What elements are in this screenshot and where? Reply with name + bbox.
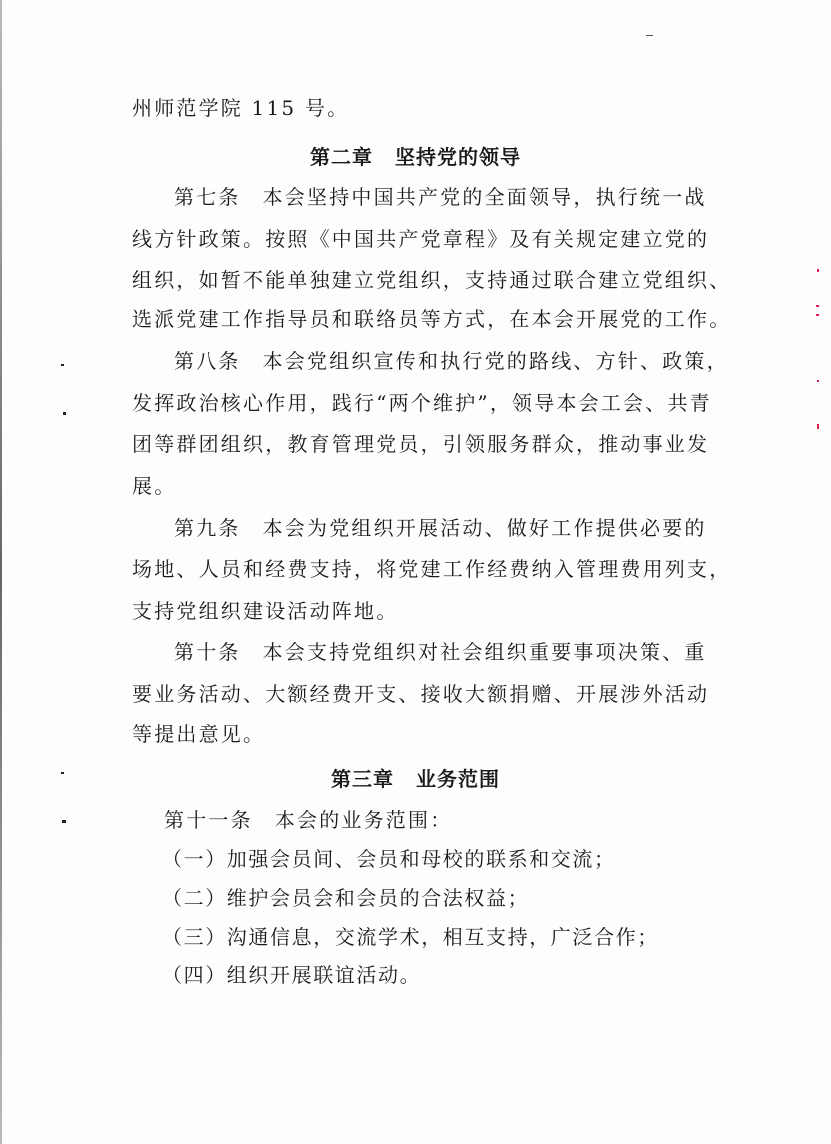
margin-mark [63, 412, 66, 415]
article-7-line-1: 第七条本会坚持中国共产党的全面领导，执行统一战 [174, 183, 744, 211]
article-7-line-2: 线方针政策。按照《中国共产党章程》及有关规定建立党的 [132, 225, 702, 253]
article-label: 第八条 [174, 349, 241, 373]
article-8-line-1: 第八条本会党组织宣传和执行党的路线、方针、政策， [174, 347, 744, 375]
article-label: 第七条 [174, 185, 241, 209]
article-label: 第九条 [174, 516, 241, 540]
margin-mark [62, 820, 66, 823]
article-10-line-2: 要业务活动、大额经费开支、接收大额捐赠、开展涉外活动 [132, 680, 702, 708]
margin-mark-red [816, 305, 819, 307]
chapter-number: 第二章 [310, 145, 373, 169]
scan-mark [646, 35, 653, 36]
article-label: 第十条 [174, 640, 241, 664]
chapter-title: 坚持党的领导 [395, 145, 521, 169]
scanned-page: 州师范学院 115 号。 第二章坚持党的领导 第七条本会坚持中国共产党的全面领导… [0, 0, 831, 1144]
scope-item-2: （二）维护会员会和会员的合法权益； [162, 884, 732, 912]
article-text: 本会为党组织开展活动、做好工作提供必要的 [263, 516, 707, 540]
scope-item-4: （四）组织开展联谊活动。 [162, 961, 732, 989]
page-edge-shadow [0, 0, 2, 1144]
chapter-2-heading: 第二章坚持党的领导 [0, 143, 831, 171]
chapter-number: 第三章 [331, 767, 394, 791]
article-text: 本会支持党组织对社会组织重要事项决策、重 [263, 640, 707, 664]
article-8-line-4: 展。 [132, 472, 702, 500]
article-9-line-1: 第九条本会为党组织开展活动、做好工作提供必要的 [174, 514, 744, 542]
continuation-line: 州师范学院 115 号。 [132, 94, 702, 122]
article-10-line-3: 等提出意见。 [132, 720, 702, 748]
article-9-line-3: 支持党组织建设活动阵地。 [132, 597, 702, 625]
chapter-title: 业务范围 [416, 767, 500, 791]
scope-item-1: （一）加强会员间、会员和母校的联系和交流； [162, 845, 732, 873]
article-9-line-2: 场地、人员和经费支持，将党建工作经费纳入管理费用列支， [132, 555, 702, 583]
article-text: 本会党组织宣传和执行党的路线、方针、政策， [263, 349, 729, 373]
margin-mark-red [817, 424, 819, 429]
article-label: 第十一条 [164, 808, 253, 832]
article-text: 本会坚持中国共产党的全面领导，执行统一战 [263, 185, 707, 209]
margin-mark-red [817, 269, 819, 272]
chapter-3-heading: 第三章业务范围 [0, 765, 831, 793]
article-11-line-1: 第十一条本会的业务范围： [164, 806, 734, 834]
article-text: 本会的业务范围： [275, 808, 453, 832]
margin-mark [61, 772, 64, 774]
article-8-line-3: 团等群团组织，教育管理党员，引领服务群众，推动事业发 [132, 430, 702, 458]
margin-mark [61, 364, 64, 366]
margin-mark-red [816, 314, 819, 316]
article-7-line-3: 组织，如暂不能单独建立党组织，支持通过联合建立党组织、 [132, 266, 702, 294]
article-10-line-1: 第十条本会支持党组织对社会组织重要事项决策、重 [174, 638, 744, 666]
scope-item-3: （三）沟通信息，交流学术，相互支持，广泛合作； [162, 923, 732, 951]
article-7-line-4: 选派党建工作指导员和联络员等方式，在本会开展党的工作。 [132, 305, 702, 333]
article-8-line-2: 发挥政治核心作用，践行“两个维护”，领导本会工会、共青 [132, 389, 702, 417]
margin-mark-red [817, 380, 819, 382]
